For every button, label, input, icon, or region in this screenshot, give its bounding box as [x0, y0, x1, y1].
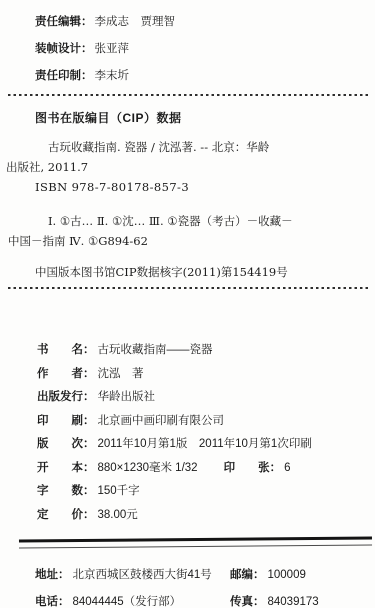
- publisher-label: 出版发行：: [37, 391, 95, 403]
- credit-label-editor: 责任编辑：: [35, 16, 93, 28]
- credit-label-print-supervisor: 责任印制：: [35, 70, 93, 82]
- credit-row-editor: 责任编辑：李成志 贾理智: [35, 8, 375, 35]
- price-label: 定 价：: [37, 509, 95, 521]
- dashed-divider-middle: [8, 287, 371, 289]
- zip-value: 100009: [268, 569, 306, 581]
- classification-line-1: Ⅰ. ①古… Ⅱ. ①沈… Ⅲ. ①瓷器（考古）－收藏－: [0, 211, 375, 231]
- cip-title-line: 古玩收藏指南. 瓷器 / 沈泓著. -- 北京：华龄: [0, 137, 375, 157]
- address-value: 北京西城区鼓楼西大街41号: [73, 569, 212, 581]
- contact-block: 地址：北京西城区鼓楼西大街41号 邮编：100009 电话：84044445（发…: [0, 562, 375, 608]
- phone-value: 84044445（发行部）: [73, 596, 182, 608]
- author-label: 作 者：: [37, 368, 95, 380]
- rule-thick: [19, 536, 372, 542]
- phone-row: 电话：84044445（发行部） 传真：84039173: [35, 589, 375, 608]
- credits-block: 责任编辑：李成志 贾理智 装帧设计：张亚萍 责任印制：李末圻: [0, 8, 375, 89]
- author-value: 沈泓 著: [98, 368, 144, 380]
- format-value: 880×1230毫米 1/32: [98, 462, 198, 474]
- isbn-line: ISBN 978-7-80178-857-3: [0, 177, 375, 198]
- sheets-label: 印 张：: [224, 462, 282, 474]
- author-row: 作 者：沈泓 著: [37, 363, 375, 387]
- rule-thin: [19, 544, 372, 548]
- word-count-label: 字 数：: [37, 485, 95, 497]
- book-title-row: 书 名：古玩收藏指南——瓷器: [37, 339, 375, 363]
- cip-heading: 图书在版编目（CIP）数据: [0, 109, 375, 126]
- publisher-value: 华龄出版社: [98, 391, 156, 403]
- edition-row: 版 次：2011年10月第1版 2011年10月第1次印刷: [37, 433, 375, 457]
- copyright-page: 责任编辑：李成志 贾理智 装帧设计：张亚萍 责任印制：李末圻 图书在版编目（CI…: [0, 0, 375, 608]
- credit-row-designer: 装帧设计：张亚萍: [35, 35, 375, 62]
- printer-label: 印 刷：: [37, 415, 95, 427]
- cip-block: 图书在版编目（CIP）数据 古玩收藏指南. 瓷器 / 沈泓著. -- 北京：华龄…: [0, 109, 375, 282]
- publication-info-block: 书 名：古玩收藏指南——瓷器 作 者：沈泓 著 出版发行：华龄出版社 印 刷：北…: [0, 339, 375, 527]
- printer-row: 印 刷：北京画中画印刷有限公司: [37, 410, 375, 434]
- edition-label: 版 次：: [37, 438, 95, 450]
- edition-value: 2011年10月第1版 2011年10月第1次印刷: [98, 438, 312, 450]
- price-row: 定 价：38.00元: [37, 504, 375, 528]
- book-title-value: 古玩收藏指南——瓷器: [98, 344, 213, 356]
- classification-line-2: 中国－指南 Ⅳ. ①G894-62: [0, 231, 375, 251]
- printer-value: 北京画中画印刷有限公司: [98, 415, 225, 427]
- book-title-label: 书 名：: [37, 344, 95, 356]
- phone-label: 电话：: [35, 596, 70, 608]
- address-label: 地址：: [35, 569, 70, 581]
- publisher-row: 出版发行：华龄出版社: [37, 386, 375, 410]
- sheets-value: 6: [284, 462, 290, 474]
- credit-row-print-supervisor: 责任印制：李末圻: [35, 62, 375, 89]
- zip-label: 邮编：: [230, 569, 265, 581]
- credit-value-designer: 张亚萍: [95, 41, 130, 55]
- price-value: 38.00元: [98, 509, 138, 521]
- word-count-row: 字 数：150千字: [37, 480, 375, 504]
- address-row: 地址：北京西城区鼓楼西大街41号 邮编：100009: [35, 562, 375, 589]
- fax-label: 传真：: [230, 596, 265, 608]
- format-label: 开 本：: [37, 462, 95, 474]
- credit-value-editor: 李成志 贾理智: [95, 14, 176, 28]
- dashed-divider-top: [8, 94, 371, 96]
- cip-title-line-continued: 出版社, 2011.7: [0, 157, 375, 177]
- word-count-value: 150千字: [98, 485, 140, 497]
- format-row: 开 本：880×1230毫米 1/32印 张：6: [37, 457, 375, 481]
- fax-value: 84039173: [268, 596, 319, 608]
- credit-label-designer: 装帧设计：: [35, 43, 93, 55]
- double-rule-divider: [19, 536, 372, 548]
- credit-value-print-supervisor: 李末圻: [95, 68, 130, 82]
- cip-record-number: 中国版本图书馆CIP数据核字(2011)第154419号: [0, 262, 375, 282]
